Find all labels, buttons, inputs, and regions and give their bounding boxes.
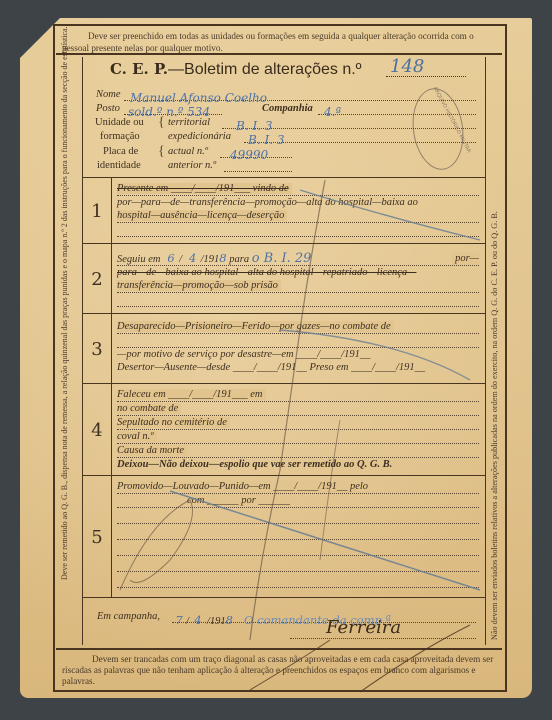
- date-year-suffix: 8: [219, 251, 226, 265]
- instruction-notice-bottom: Devem ser trancadas com um traço diagona…: [56, 648, 502, 686]
- date-signature-field: 7/4/1918 O comandante da comp.ª: [172, 609, 476, 623]
- section-3: 3 Desaparecido—Prisioneiro—Ferido—por ga…: [83, 313, 485, 384]
- formacao-label: formação: [100, 131, 140, 142]
- footer-month: 4: [189, 613, 207, 627]
- section-line: para—de—baixa ao hospital—alta do hospit…: [117, 267, 416, 278]
- destination-value: o B. I. 29: [252, 251, 312, 266]
- territorial-label: territorial: [168, 117, 210, 128]
- posto-label: Posto: [96, 103, 120, 114]
- footer-year-suffix: 8: [226, 613, 233, 627]
- bulletin-number: 148: [386, 56, 466, 77]
- date-day: 6: [163, 252, 179, 265]
- signature-line: Ferreira: [290, 625, 476, 639]
- section-line: Desertor—Ausente—desde ____/____/191__ P…: [117, 362, 425, 373]
- date-month: 4: [185, 252, 201, 265]
- nome-label: Nome: [96, 89, 121, 100]
- section-number: 1: [83, 178, 112, 244]
- brace-2: {: [158, 144, 165, 160]
- section-line: Seguiu em: [117, 254, 160, 265]
- posto-field: sold.º n.º 534: [124, 101, 222, 115]
- anterior-field: [224, 158, 292, 172]
- place-label: Em campanha,: [97, 611, 160, 622]
- section-2: 2 Seguiu em 6/ 4/1918 para o B. I. 29 po…: [83, 243, 485, 314]
- section-line: —por motivo de serviço por desastre—em _…: [117, 349, 370, 360]
- section-line: hospital—ausência—licença—deserção: [117, 210, 287, 221]
- section-5: 5 Promovido—Louvado—Punido—em ____/____/…: [83, 475, 485, 598]
- identidade-label: identidade: [97, 160, 141, 171]
- org-acronym: C. E. P.: [110, 60, 168, 78]
- section-1: 1 Presente em ____/____/191___ vindo de …: [83, 177, 485, 244]
- companhia-label: Companhia: [262, 103, 313, 114]
- actual-label: actual n.º: [168, 146, 208, 157]
- section-number: 3: [83, 314, 112, 384]
- title-text: —Boletim de alterações n.º: [168, 61, 362, 78]
- section-line: com ______ por ______: [187, 495, 293, 506]
- signature: Ferreira: [326, 617, 401, 638]
- section-line: transferência—promoção—sob prisão: [117, 280, 281, 291]
- expedicionaria-label: expedicionária: [168, 131, 231, 142]
- section-line: no combate de: [117, 403, 181, 414]
- section-line: Deixou—Não deixou—espolio que vae ser re…: [117, 459, 392, 470]
- brace-1: {: [158, 115, 165, 131]
- placa-label: Placa de: [103, 146, 138, 157]
- footer-day: 7: [172, 613, 186, 627]
- section-number: 5: [83, 476, 112, 598]
- section-line: Promovido—Louvado—Punido—em ____/____/19…: [117, 481, 371, 492]
- unidade-label: Unidade ou: [95, 117, 144, 128]
- section-4: 4 Faleceu em ____/____/191___ em no comb…: [83, 383, 485, 476]
- section-line: Desaparecido—Prisioneiro—Ferido—por gaze…: [117, 321, 394, 332]
- section-line: por—para—de—transferência—promoção—alta …: [117, 197, 418, 208]
- instruction-notice-top: Deve ser preenchido em todas as unidades…: [56, 27, 502, 55]
- section-line: Faleceu em ____/____/191___ em: [117, 389, 266, 400]
- section-line: Sepultado no cemitério de: [117, 417, 230, 428]
- actual-field: 49990: [220, 144, 292, 158]
- left-margin-note: Deve ser remetido ao Q. G. B., dispensa …: [60, 60, 70, 580]
- section-line: coval n.º: [117, 431, 157, 442]
- section-line: Causa da morte: [117, 445, 187, 456]
- section-line: Presente em ____/____/191___ vindo de: [117, 183, 292, 194]
- section-number: 2: [83, 244, 112, 314]
- right-margin-note: Não devem ser enviados boletins relativo…: [490, 55, 500, 640]
- section-number: 4: [83, 384, 112, 476]
- anterior-label: anterior n.º: [168, 160, 216, 171]
